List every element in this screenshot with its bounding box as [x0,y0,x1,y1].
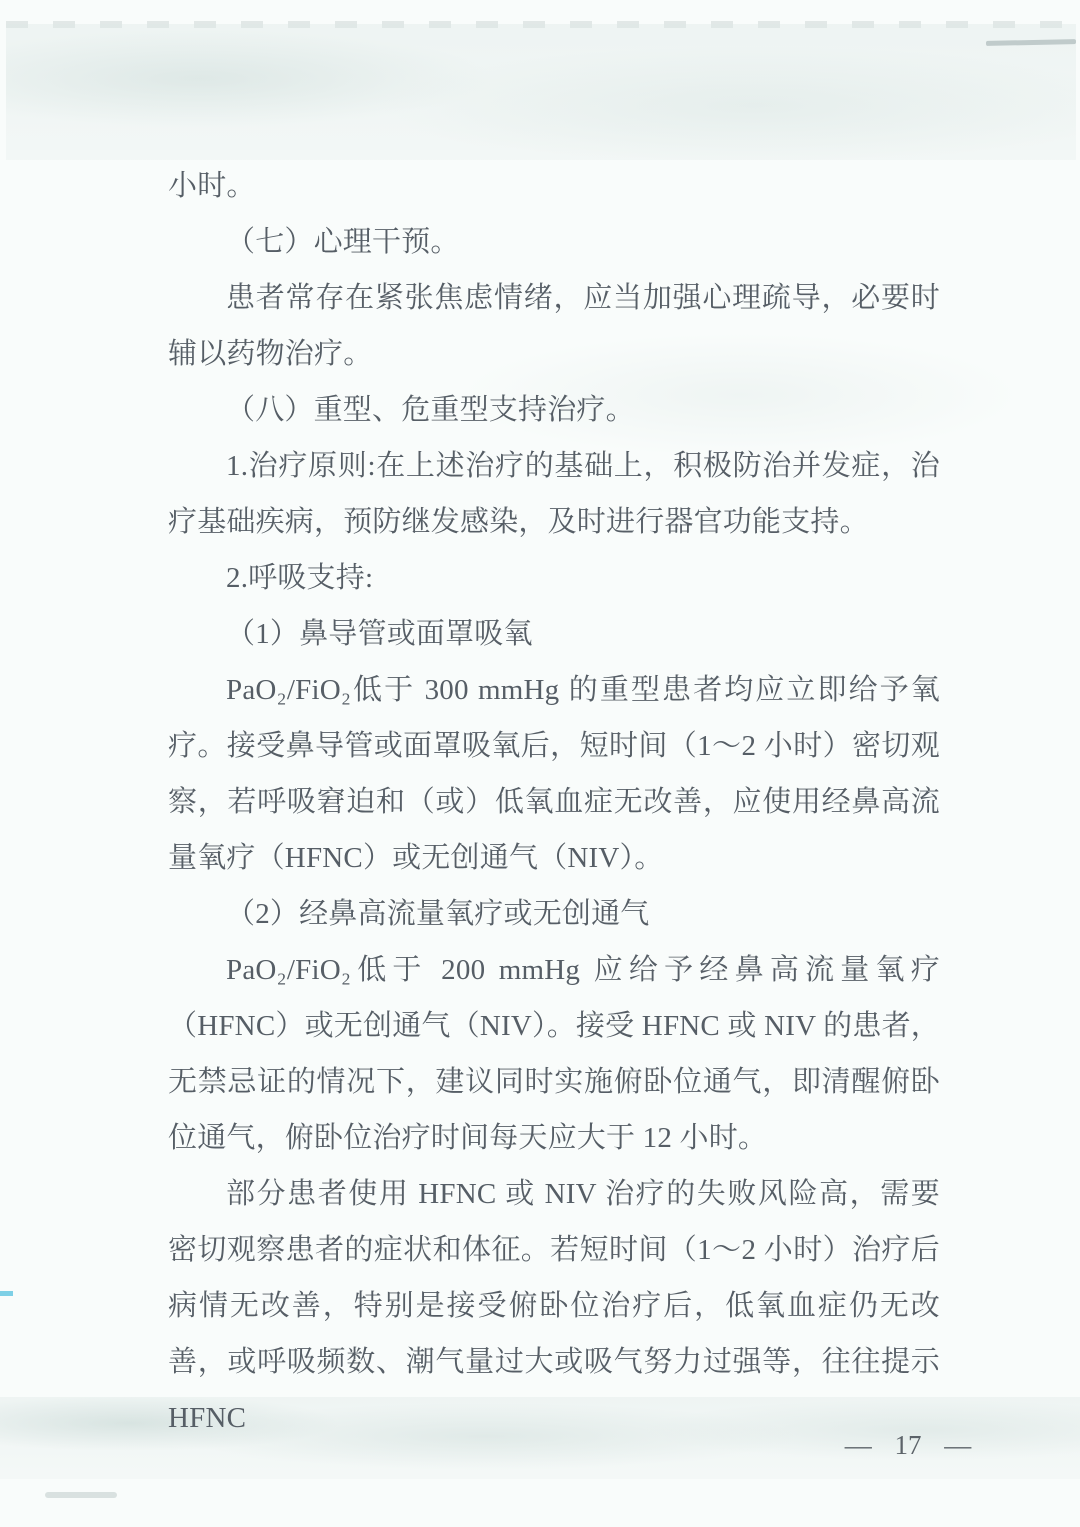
paragraph-subitem-1-heading: （1）鼻导管或面罩吸氧 [168,606,940,662]
scanned-document-page: 小时。 （七）心理干预。 患者常存在紧张焦虑情绪，应当加强心理疏导，必要时辅以药… [0,0,1080,1527]
document-body: 小时。 （七）心理干预。 患者常存在紧张焦虑情绪，应当加强心理疏导，必要时辅以药… [168,158,940,1446]
paragraph: PaO₂/FiO₂低于 300 mmHg 的重型患者均应立即给予氧疗。接受鼻导管… [168,662,940,886]
scan-noise-top-dashes [6,21,1076,28]
scan-artifact-bottom-left-dash [45,1492,117,1498]
scan-artifact-cyan-mark [0,1291,13,1296]
paragraph-subitem-2-heading: （2）经鼻高流量氧疗或无创通气 [168,886,940,942]
paragraph-item-2-respiratory-support: 2.呼吸支持: [168,550,940,606]
page-number: — 17 — [828,1428,988,1462]
scan-noise-top-band [6,24,1076,160]
paragraph-heading-seven: （七）心理干预。 [168,214,940,270]
paragraph: 患者常存在紧张焦虑情绪，应当加强心理疏导，必要时辅以药物治疗。 [168,270,940,382]
paragraph: PaO₂/FiO₂低于 200 mmHg 应给予经鼻高流量氧疗（HFNC）或无创… [168,942,940,1166]
paragraph: 部分患者使用 HFNC 或 NIV 治疗的失败风险高，需要密切观察患者的症状和体… [168,1166,940,1446]
paragraph-item-1-treatment-principle: 1.治疗原则:在上述治疗的基础上，积极防治并发症，治疗基础疾病，预防继发感染，及… [168,438,940,550]
paragraph-continuation: 小时。 [168,158,940,214]
paragraph-heading-eight: （八）重型、危重型支持治疗。 [168,382,940,438]
scan-artifact-top-right-dash [986,39,1076,46]
